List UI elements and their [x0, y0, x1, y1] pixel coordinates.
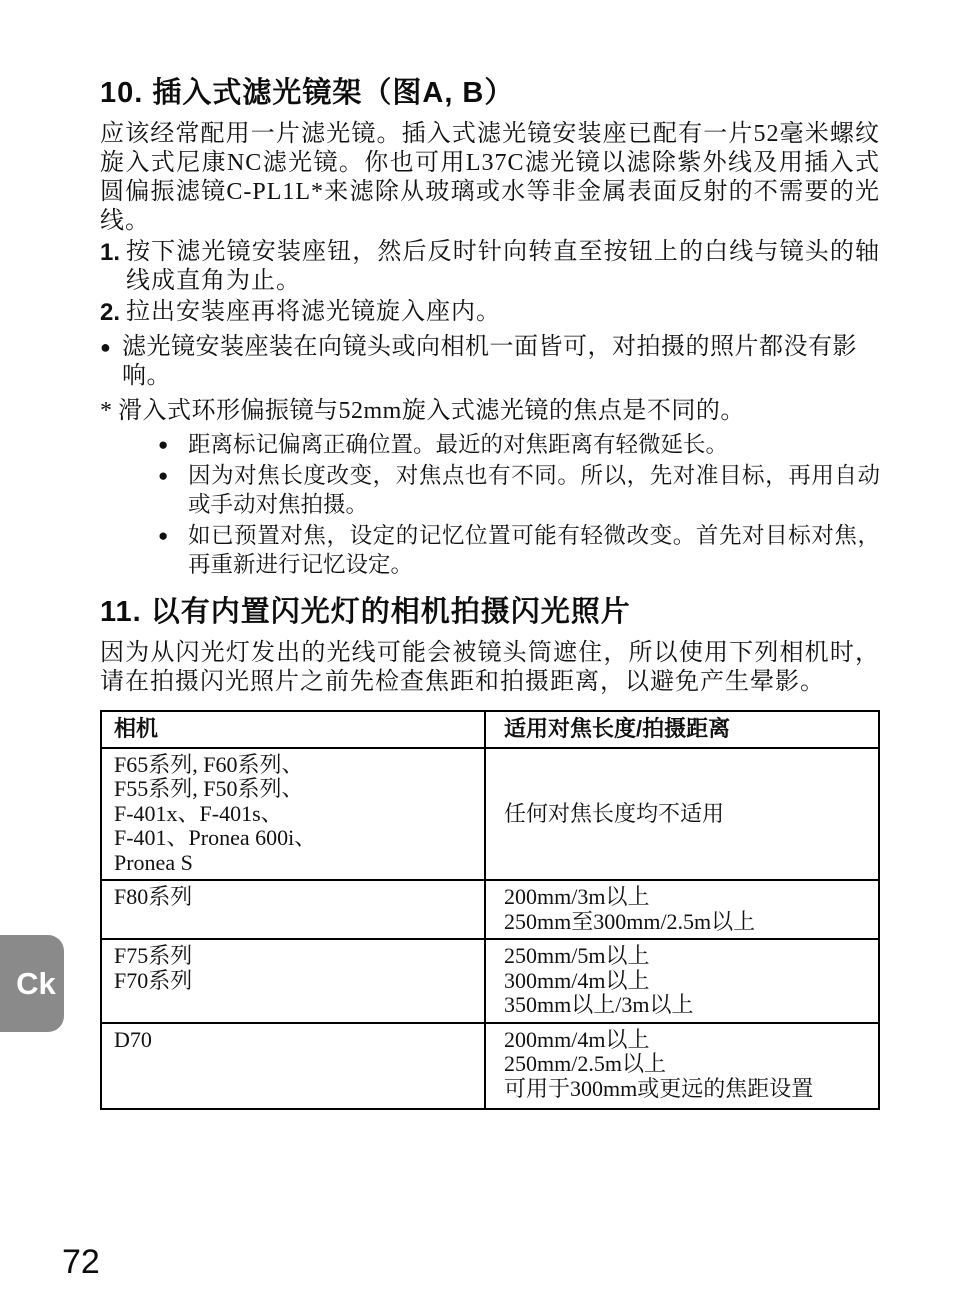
step-1-text: 按下滤光镜安装座钮，然后反时针向转直至按钮上的白线与镜头的轴线成直角为止。	[126, 238, 880, 296]
camera-cell: D70	[101, 1023, 485, 1109]
list-item: ● 距离标记偏离正确位置。最近的对焦距离有轻微延长。	[158, 430, 880, 459]
step-1: 1. 按下滤光镜安装座钮，然后反时针向转直至按钮上的白线与镜头的轴线成直角为止。	[100, 238, 880, 296]
list-item: ● 因为对焦长度改变，对焦点也有不同。所以，先对准目标，再用自动或手动对焦拍摄。	[158, 461, 880, 519]
footnote-sub-bullets: ● 距离标记偏离正确位置。最近的对焦距离有轻微延长。 ● 因为对焦长度改变，对焦…	[158, 430, 880, 579]
bullet-icon: ●	[158, 521, 188, 579]
list-item: ● 如已预置对焦，设定的记忆位置可能有轻微改变。首先对目标对焦，再重新进行记忆设…	[158, 521, 880, 579]
section-10-heading: 10. 插入式滤光镜架（图A, B）	[100, 70, 880, 111]
manual-page: 10. 插入式滤光镜架（图A, B） 应该经常配用一片滤光镜。插入式滤光镜安装座…	[0, 0, 954, 1314]
table-row: F65系列, F60系列、F55系列, F50系列、F-401x、F-401s、…	[101, 748, 879, 881]
table-row: D70 200mm/4m以上250mm/2.5m以上可用于300mm或更远的焦距…	[101, 1023, 879, 1109]
section-11-intro: 因为从闪光灯发出的光线可能会被镜头筒遮住，所以使用下列相机时，请在拍摄闪光照片之…	[100, 639, 880, 697]
column-header-camera: 相机	[101, 711, 485, 748]
section-10-intro: 应该经常配用一片滤光镜。插入式滤光镜安装座已配有一片52毫米螺纹旋入式尼康NC滤…	[100, 120, 880, 236]
bullet-icon: ●	[100, 333, 122, 391]
step-1-number: 1.	[100, 238, 126, 296]
language-tab-ck: Ck	[0, 935, 64, 1032]
footnote: * 滑入式环形偏振镜与52mm旋入式滤光镜的焦点是不同的。	[100, 397, 880, 426]
camera-cell: F80系列	[101, 880, 485, 939]
range-cell: 200mm/3m以上250mm至300mm/2.5m以上	[485, 880, 879, 939]
table-row: F80系列 200mm/3m以上250mm至300mm/2.5m以上	[101, 880, 879, 939]
step-2-text: 拉出安装座再将滤光镜旋入座内。	[126, 298, 880, 327]
section-11-heading: 11. 以有内置闪光灯的相机拍摄闪光照片	[100, 589, 880, 630]
range-cell: 250mm/5m以上300mm/4m以上350mm以上/3m以上	[485, 939, 879, 1023]
bullet-icon: ●	[158, 430, 188, 459]
camera-cell: F65系列, F60系列、F55系列, F50系列、F-401x、F-401s、…	[101, 748, 485, 881]
asterisk-icon: *	[100, 397, 118, 426]
flash-compatibility-table: 相机 适用对焦长度/拍摄距离 F65系列, F60系列、F55系列, F50系列…	[100, 710, 880, 1110]
camera-cell: F75系列F70系列	[101, 939, 485, 1023]
step-2-number: 2.	[100, 298, 126, 327]
sub-bullet-text: 距离标记偏离正确位置。最近的对焦距离有轻微延长。	[188, 430, 880, 459]
bullet-icon: ●	[158, 461, 188, 519]
note-bullet-text: 滤光镜安装座装在向镜头或向相机一面皆可，对拍摄的照片都没有影响。	[122, 333, 880, 391]
page-content: 10. 插入式滤光镜架（图A, B） 应该经常配用一片滤光镜。插入式滤光镜安装座…	[100, 70, 880, 1110]
step-2: 2. 拉出安装座再将滤光镜旋入座内。	[100, 298, 880, 327]
sub-bullet-text: 因为对焦长度改变，对焦点也有不同。所以，先对准目标，再用自动或手动对焦拍摄。	[188, 461, 880, 519]
column-header-range: 适用对焦长度/拍摄距离	[485, 711, 879, 748]
range-cell: 任何对焦长度均不适用	[485, 748, 879, 881]
page-number: 72	[62, 1243, 100, 1282]
section-11: 11. 以有内置闪光灯的相机拍摄闪光照片 因为从闪光灯发出的光线可能会被镜头筒遮…	[100, 589, 880, 1110]
footnote-text: 滑入式环形偏振镜与52mm旋入式滤光镜的焦点是不同的。	[118, 397, 880, 426]
note-bullet: ● 滤光镜安装座装在向镜头或向相机一面皆可，对拍摄的照片都没有影响。	[100, 333, 880, 391]
sub-bullet-text: 如已预置对焦，设定的记忆位置可能有轻微改变。首先对目标对焦，再重新进行记忆设定。	[188, 521, 880, 579]
table-header-row: 相机 适用对焦长度/拍摄距离	[101, 711, 879, 748]
table-row: F75系列F70系列 250mm/5m以上300mm/4m以上350mm以上/3…	[101, 939, 879, 1023]
range-cell: 200mm/4m以上250mm/2.5m以上可用于300mm或更远的焦距设置	[485, 1023, 879, 1109]
